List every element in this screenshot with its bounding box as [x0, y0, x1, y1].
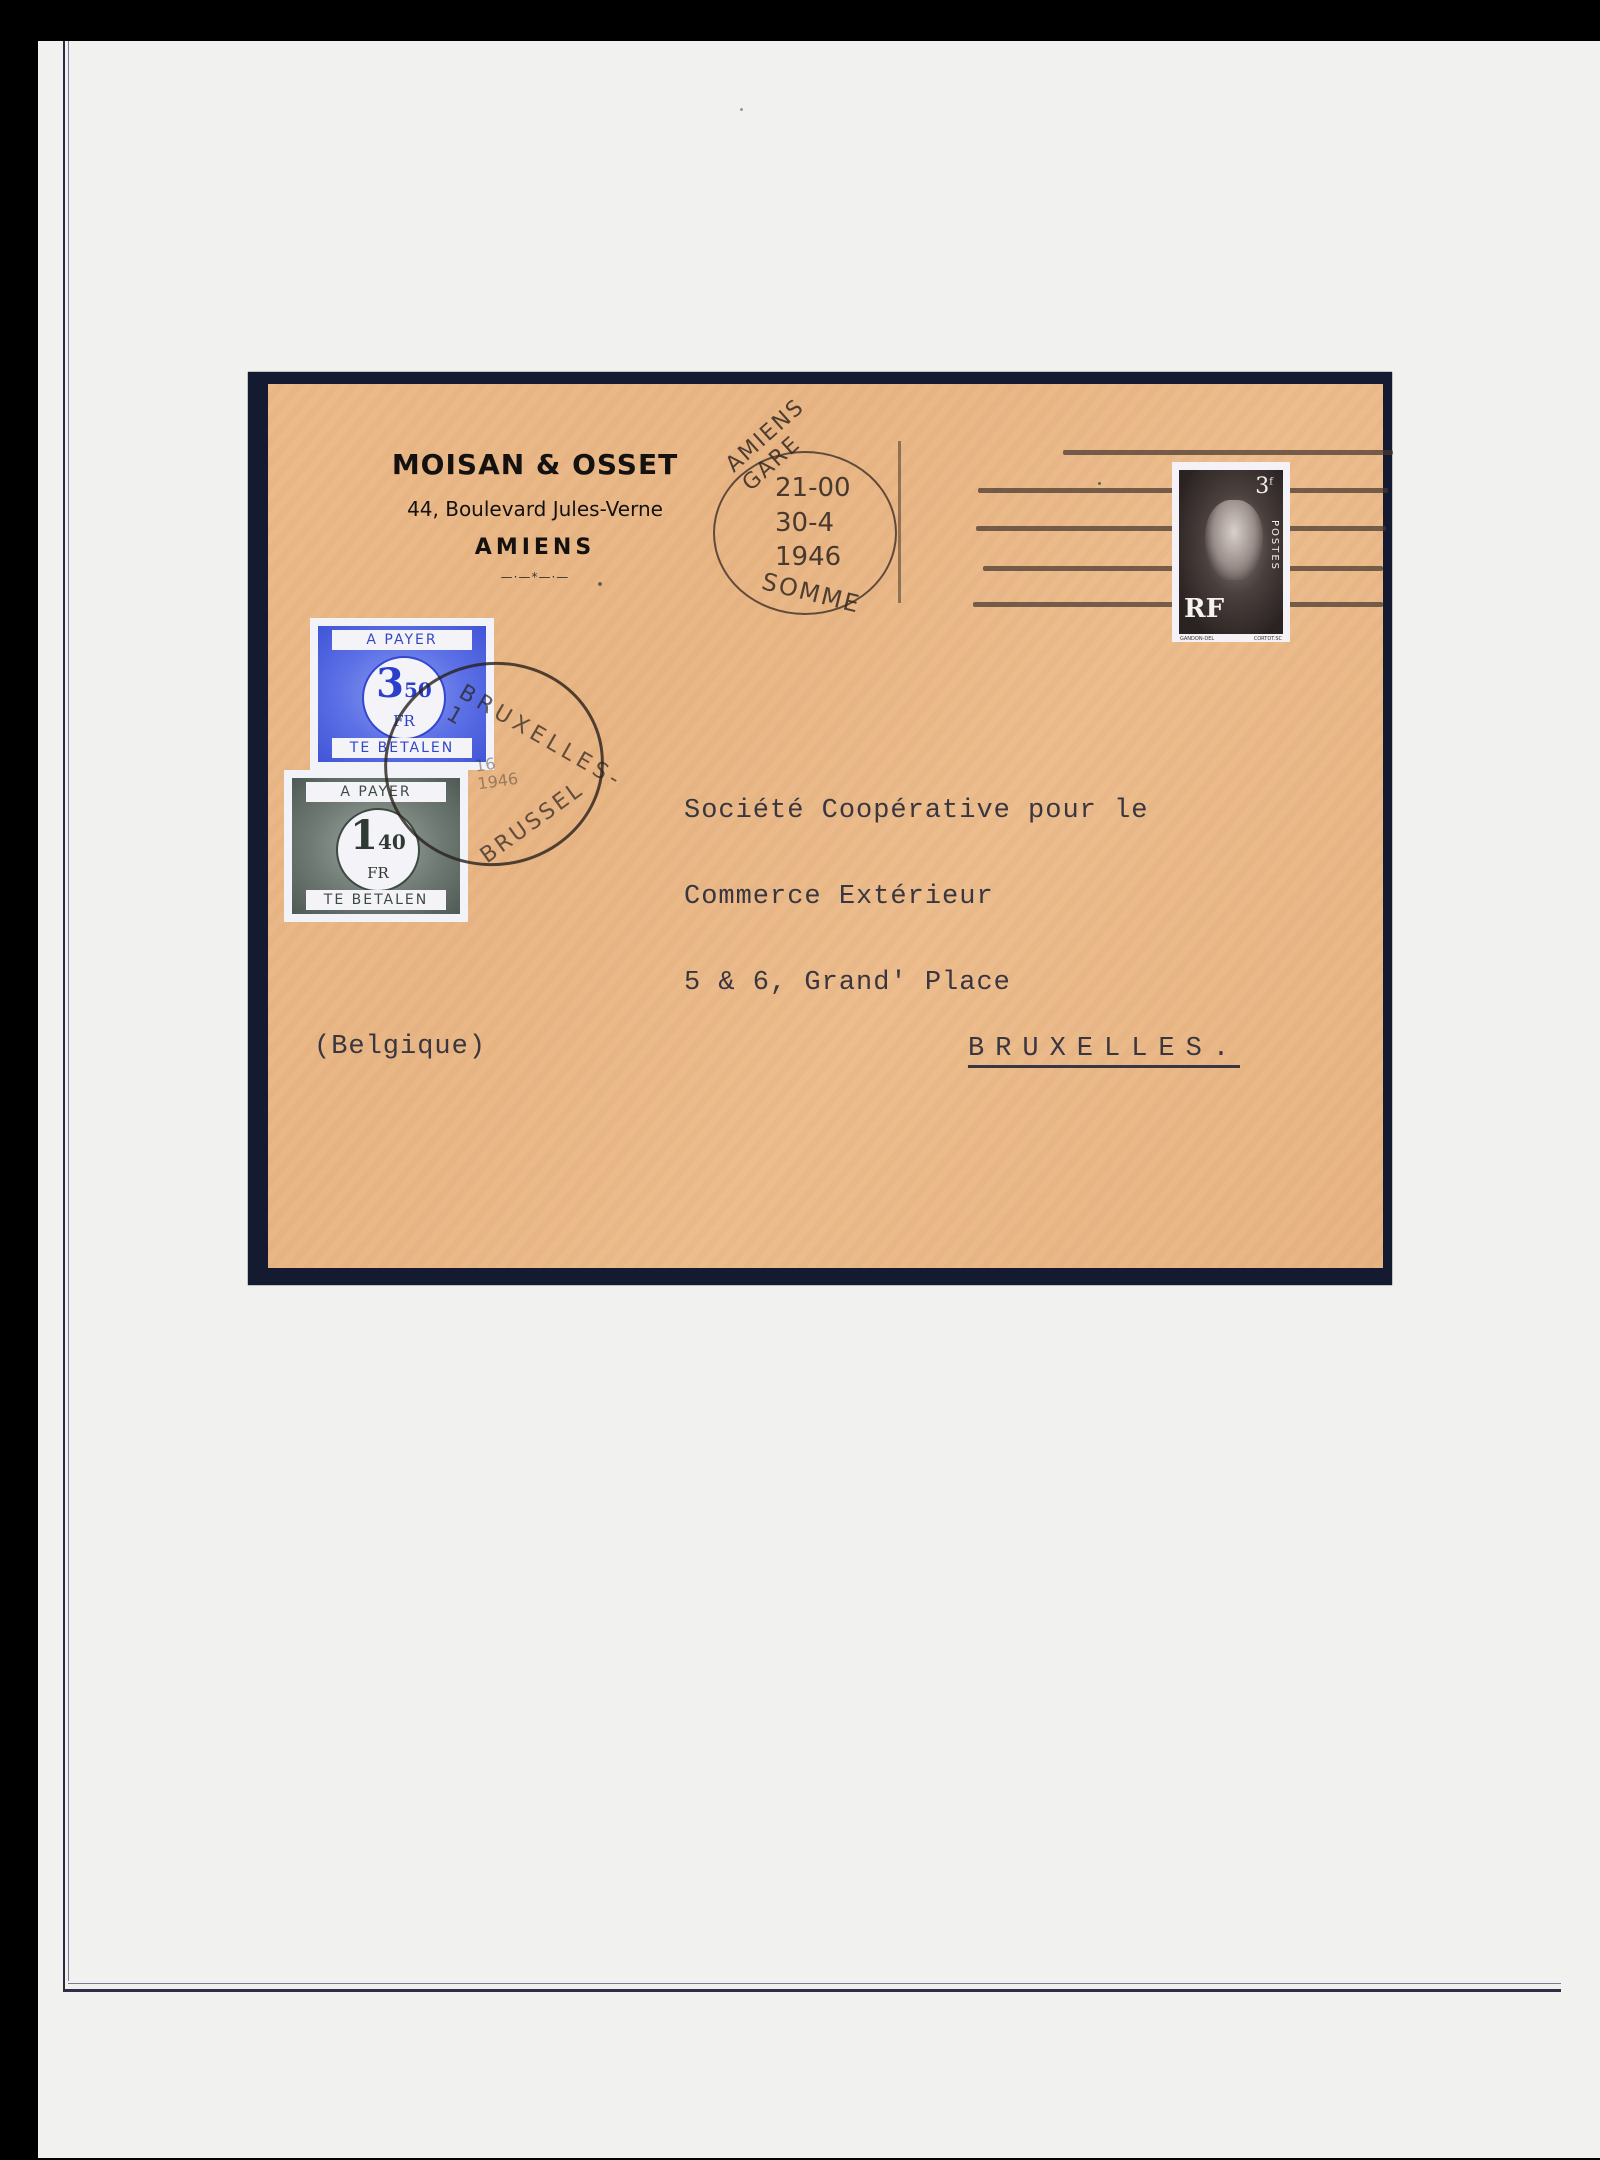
stamp-postes-label: POSTES [1269, 520, 1280, 571]
sender-city: AMIENS [370, 535, 700, 560]
ornament-divider: —·—*—·— [370, 570, 700, 584]
recipient-country: (Belgique) [314, 1032, 486, 1062]
postmark-date: 16 1946 [474, 752, 519, 793]
postmark-date: 30-4 [775, 510, 834, 536]
recipient-line-3: 5 & 6, Grand' Place [684, 968, 1011, 998]
postmark-year: 1946 [775, 544, 841, 570]
stamp-bottom-label: TE BETALEN [306, 890, 446, 910]
recipient-line-2: Commerce Extérieur [684, 882, 994, 912]
stamp-portrait: 3f POSTES RF [1179, 470, 1283, 634]
stamp-marianne-3f: 3f POSTES RF GANDON-DEL CORTOT.SC [1172, 462, 1290, 642]
album-bottom-line [63, 1989, 1561, 1992]
postmark-time: 21-00 [775, 475, 851, 501]
album-border-line [63, 41, 65, 1991]
recipient-city: BRUXELLES. [968, 1034, 1240, 1068]
sender-company: MOISAN & OSSET [370, 448, 700, 481]
paper-speck [1098, 482, 1101, 485]
sender-letterhead: MOISAN & OSSET 44, Boulevard Jules-Verne… [370, 448, 700, 584]
stamp-designer: GANDON-DEL [1180, 636, 1214, 642]
origin-postmark: AMIENS GARE 21-00 30-4 1946 SOMME [703, 437, 893, 605]
cancel-line [1063, 450, 1393, 455]
stamp-unit: FR [338, 868, 418, 878]
stamp-value: 3f [1255, 474, 1273, 499]
stamp-top-label: A PAYER [332, 630, 472, 650]
stamp-rf-label: RF [1184, 594, 1224, 624]
postmark-divider-bar [898, 441, 901, 603]
album-bottom-line-inner [68, 1983, 1561, 1984]
stamp-engraver: CORTOT.SC [1254, 636, 1282, 642]
paper-speck [740, 108, 743, 111]
album-border-line-inner [68, 41, 69, 1981]
sender-street: 44, Boulevard Jules-Verne [370, 497, 700, 521]
paper-speck [598, 582, 602, 586]
recipient-line-1: Société Coopérative pour le [684, 796, 1148, 826]
marianne-portrait-icon [1205, 500, 1263, 580]
